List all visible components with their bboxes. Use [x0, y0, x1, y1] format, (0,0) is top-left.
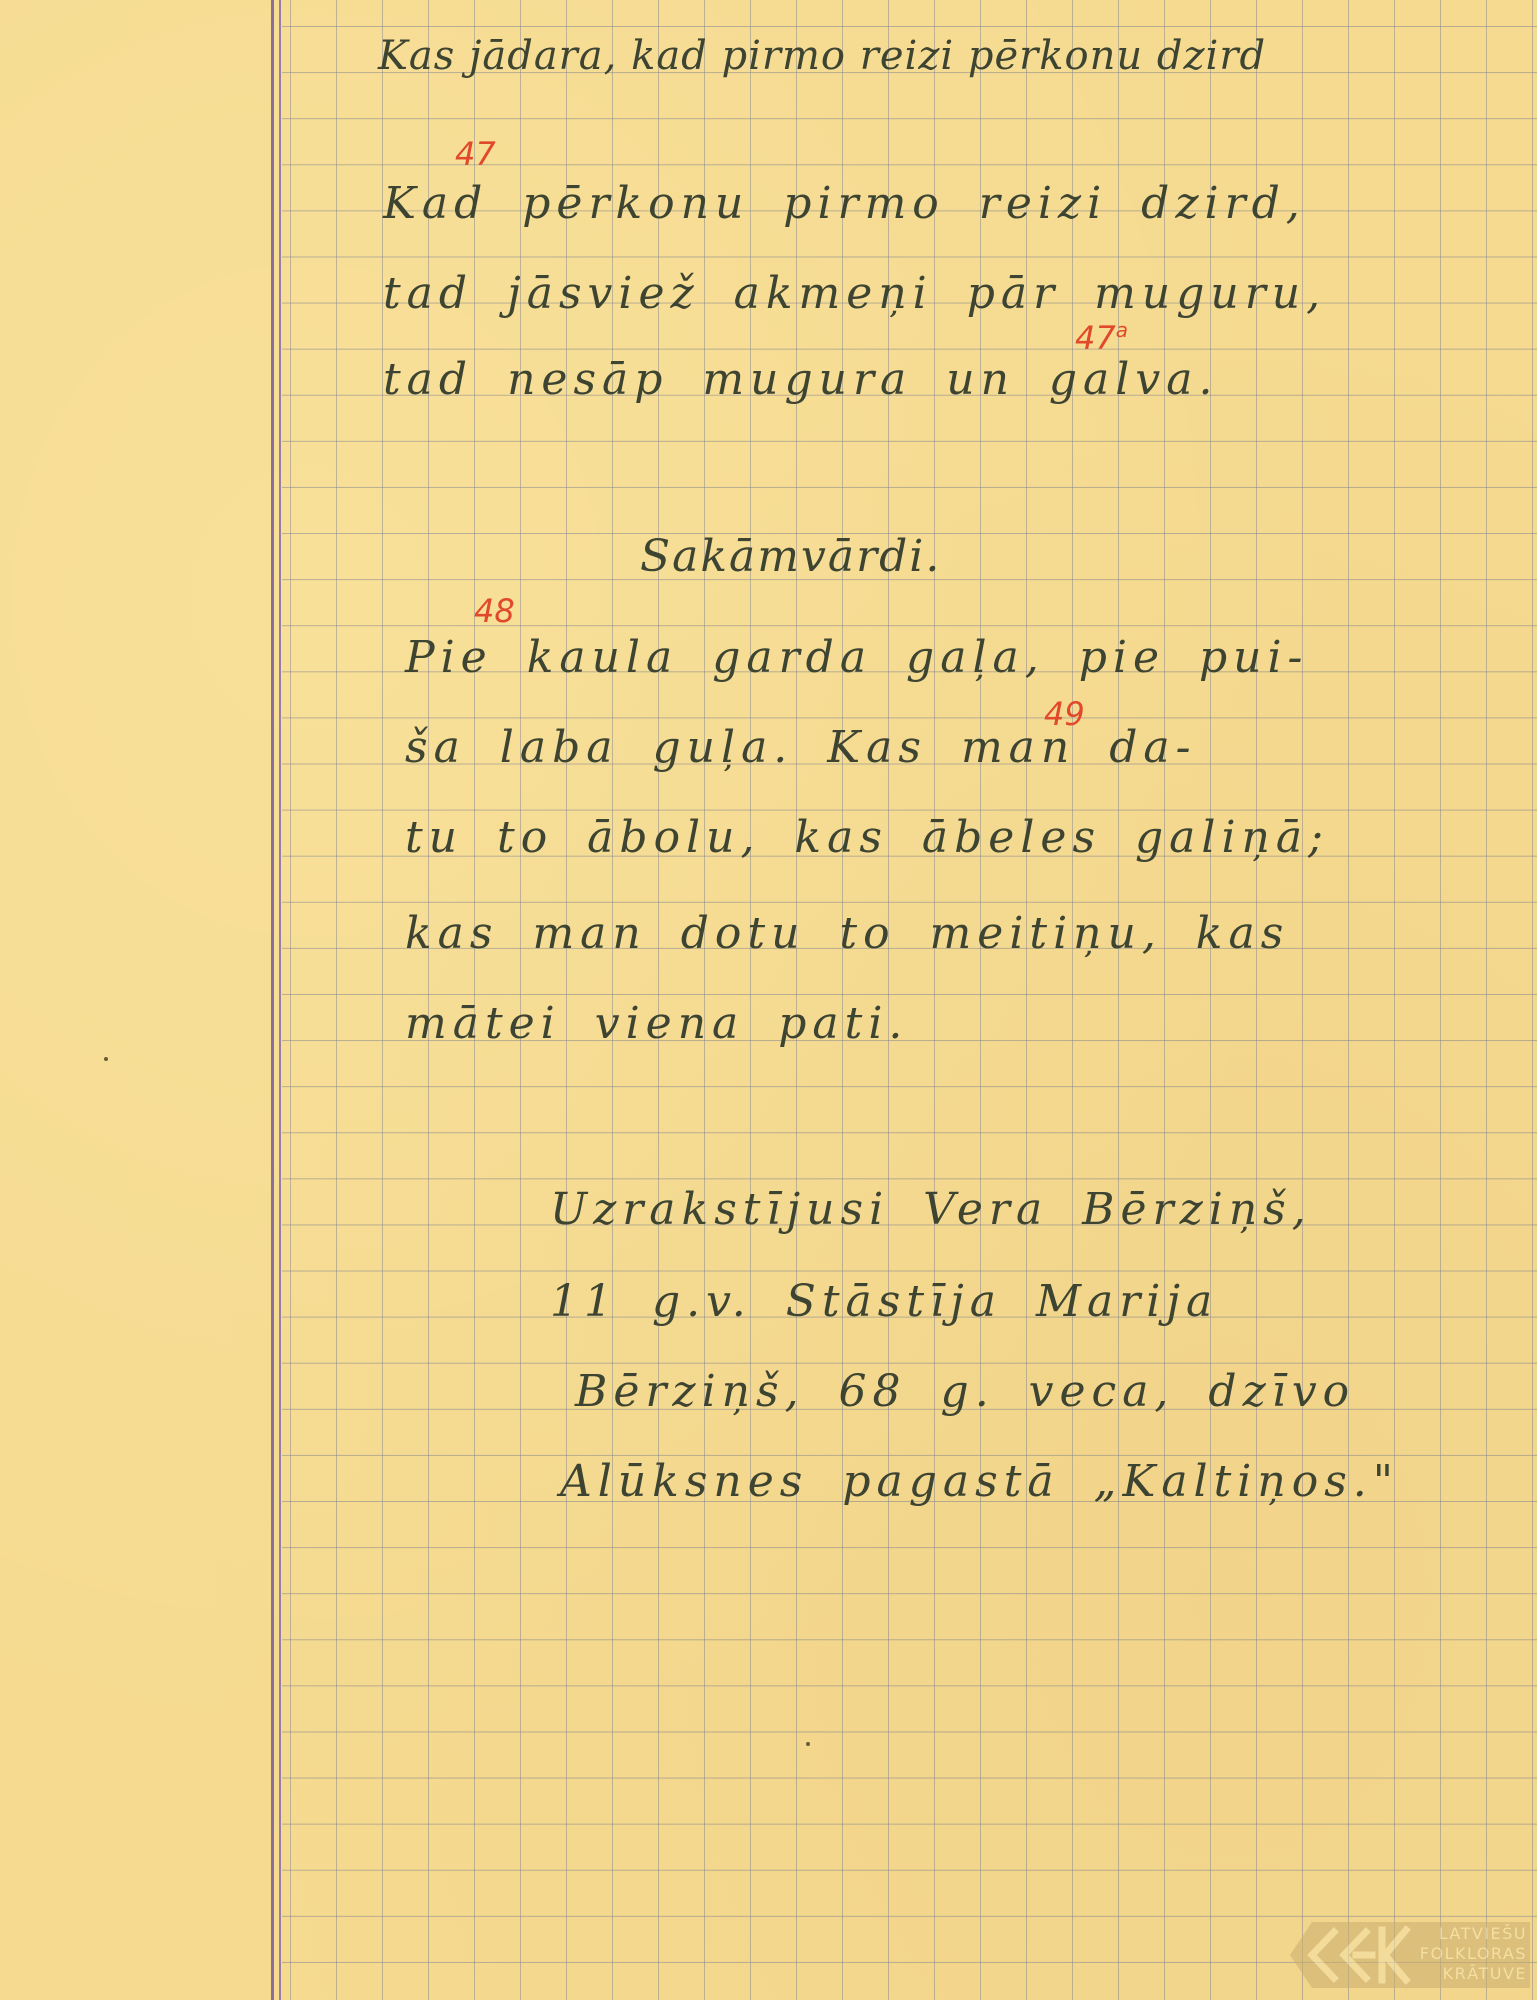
- paper-speck: [806, 1742, 810, 1746]
- page-heading: Kas jādara, kad pirmo reizi pērkonu dzir…: [378, 36, 1266, 76]
- section-title-sakamvardi: Sakāmvārdi.: [640, 535, 941, 579]
- proverb-line-5: mātei viena pati.: [405, 1002, 908, 1046]
- watermark-line-2: FOLKLORAS: [1412, 1944, 1527, 1964]
- proverb-line-1: Pie kaula garda gaļa, pie pui-: [405, 636, 1308, 680]
- signature-line-2: 11 g.v. Stāstīja Marija: [550, 1280, 1218, 1324]
- signature-line-1: Uzrakstījusi Vera Bērziņš,: [550, 1188, 1312, 1232]
- margin-line-right: [279, 0, 281, 2000]
- manuscript-page: Kas jādara, kad pirmo reizi pērkonu dzir…: [0, 0, 1537, 2000]
- paper-speck: [104, 1057, 108, 1061]
- watermark-line-1: LATVIEŠU: [1412, 1924, 1527, 1944]
- folklore-archive-watermark: LATVIEŠU FOLKLORAS KRĀTUVE: [1282, 1916, 1530, 1994]
- watermark-line-3: KRĀTUVE: [1412, 1964, 1527, 1984]
- item-number-47: 47: [455, 138, 496, 170]
- signature-line-3: Bērziņš, 68 g. veca, dzīvo: [575, 1370, 1355, 1414]
- signature-line-4: Alūksnes pagastā „Kaltiņos.": [560, 1460, 1399, 1504]
- verse-line-3: tad nesāp mugura un galva.: [383, 358, 1218, 402]
- verse-line-1: Kad pērkonu pirmo reizi dzird,: [383, 182, 1306, 226]
- proverb-line-4: kas man dotu to meitiņu, kas: [405, 912, 1289, 956]
- verse-line-2: tad jāsviež akmeņi pār muguru,: [383, 272, 1326, 316]
- item-number-47a: 47a: [1075, 320, 1128, 354]
- proverb-line-3: tu to ābolu, kas ābeles galiņā;: [405, 816, 1329, 860]
- margin-line-left: [271, 0, 274, 2000]
- proverb-line-2: ša laba guļa. Kas man da-: [405, 726, 1196, 770]
- item-number-47a-suffix: a: [1116, 318, 1128, 342]
- item-number-47a-main: 47: [1075, 319, 1116, 357]
- watermark-text: LATVIEŠU FOLKLORAS KRĀTUVE: [1412, 1924, 1527, 1984]
- item-number-48: 48: [474, 595, 515, 627]
